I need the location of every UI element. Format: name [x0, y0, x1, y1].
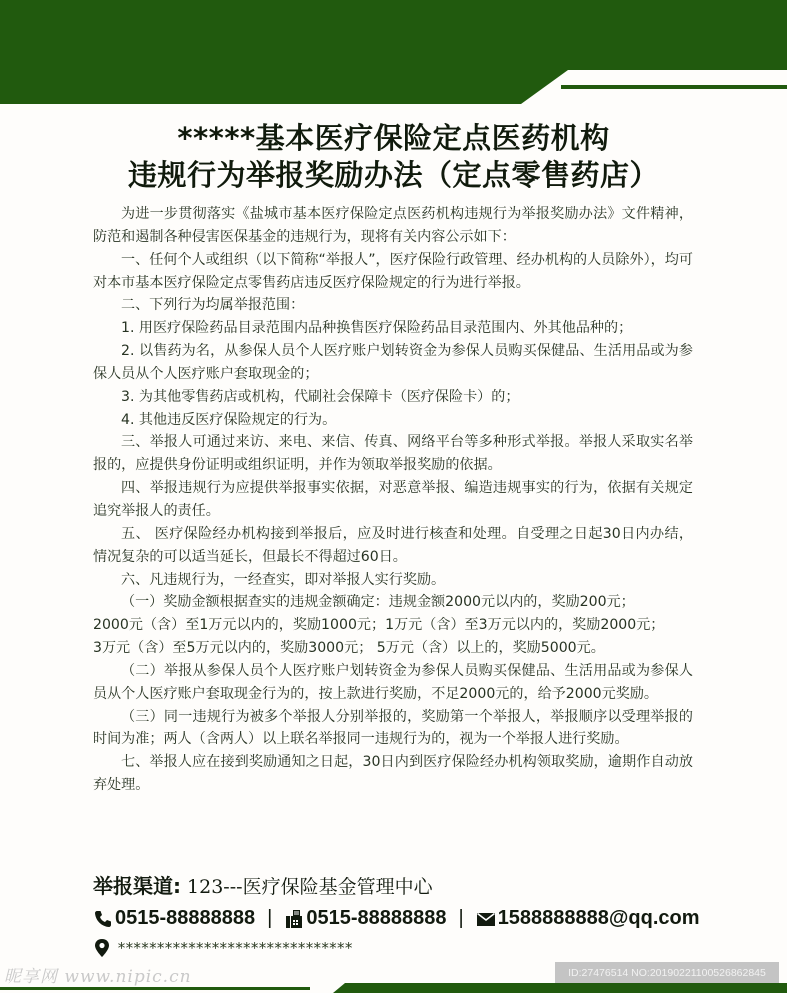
paragraph-5: 五、 医疗保险经办机构接到举报后，应及时进行核查和处理。自受理之日起30日内办结… — [93, 523, 693, 569]
paragraph-2-item-3: 3. 为其他零售药店或机构，代刷社会保障卡（医疗保险卡）的； — [93, 386, 693, 409]
address-text: ****************************** — [117, 939, 352, 957]
paragraph-intro: 为进一步贯彻落实《盐城市基本医疗保险定点医药机构违规行为举报奖励办法》文件精神，… — [93, 203, 693, 249]
paragraph-6-2: （二）举报从参保人员个人医疗账户划转资金为参保人员购买保健品、生活用品或为参保人… — [93, 660, 693, 706]
separator: | — [458, 907, 463, 930]
report-channel-label: 举报渠道: — [93, 874, 181, 898]
map-pin-icon — [93, 938, 111, 958]
footer-green-band — [0, 983, 787, 993]
separator: | — [267, 907, 272, 930]
title-line-2: 违规行为举报奖励办法（定点零售药店） — [0, 157, 787, 194]
title-line-1: *****基本医疗保险定点医药机构 — [0, 120, 787, 157]
paragraph-6-1-line-1: （一）奖励金额根据查实的违规金额确定：违规金额2000元以内的，奖励200元； — [93, 591, 693, 614]
address-line: ****************************** — [93, 938, 352, 958]
watermark-id: ID:27476514 NO:20190221100526862845 — [555, 962, 779, 984]
phone-number: 0515-88888888 — [115, 907, 255, 930]
fax-number: 0515-88888888 — [306, 907, 446, 930]
paragraph-2-item-2: 2. 以售药为名，从参保人员个人医疗账户划转资金为参保人员购买保健品、生活用品或… — [93, 340, 693, 386]
document-title: *****基本医疗保险定点医药机构 违规行为举报奖励办法（定点零售药店） — [0, 120, 787, 194]
contact-line: 0515-88888888 | 0515-88888888 | 15888888… — [93, 907, 700, 930]
envelope-icon — [476, 909, 496, 929]
paragraph-6-1-line-2: 2000元（含）至1万元以内的，奖励1000元；1万元（含）至3万元以内的，奖励… — [93, 614, 693, 637]
paragraph-2-item-1: 1. 用医疗保险药品目录范围内品种换售医疗保险药品目录范围内、外其他品种的； — [93, 317, 693, 340]
fax-icon — [284, 909, 304, 929]
paragraph-3: 三、举报人可通过来访、来电、来信、传真、网络平台等多种形式举报。举报人采取实名举… — [93, 431, 693, 477]
report-channel: 举报渠道: 123---医疗保险基金管理中心 — [93, 870, 433, 899]
paragraph-6: 六、凡违规行为，一经查实，即对举报人实行奖励。 — [93, 569, 693, 592]
header-green-band — [0, 0, 787, 104]
email-address: 1588888888@qq.com — [498, 907, 700, 930]
paragraph-2: 二、下列行为均属举报范围： — [93, 294, 693, 317]
paragraph-6-3: （三）同一违规行为被多个举报人分别举报的，奖励第一个举报人，举报顺序以受理举报的… — [93, 706, 693, 752]
document-body: 为进一步贯彻落实《盐城市基本医疗保险定点医药机构违规行为举报奖励办法》文件精神，… — [93, 203, 693, 797]
report-channel-value: 123---医疗保险基金管理中心 — [181, 876, 433, 898]
paragraph-7: 七、举报人应在接到奖励通知之日起，30日内到医疗保险经办机构领取奖励，逾期作自动… — [93, 751, 693, 797]
paragraph-4: 四、举报违规行为应提供举报事实依据，对恶意举报、编造违规事实的行为，依据有关规定… — [93, 477, 693, 523]
paragraph-6-1-line-3: 3万元（含）至5万元以内的，奖励3000元； 5万元（含）以上的，奖励5000元… — [93, 637, 693, 660]
phone-icon — [93, 909, 113, 929]
paragraph-1: 一、任何个人或组织（以下简称“举报人”，医疗保险行政管理、经办机构的人员除外），… — [93, 249, 693, 295]
paragraph-2-item-4: 4. 其他违反医疗保险规定的行为。 — [93, 409, 693, 432]
